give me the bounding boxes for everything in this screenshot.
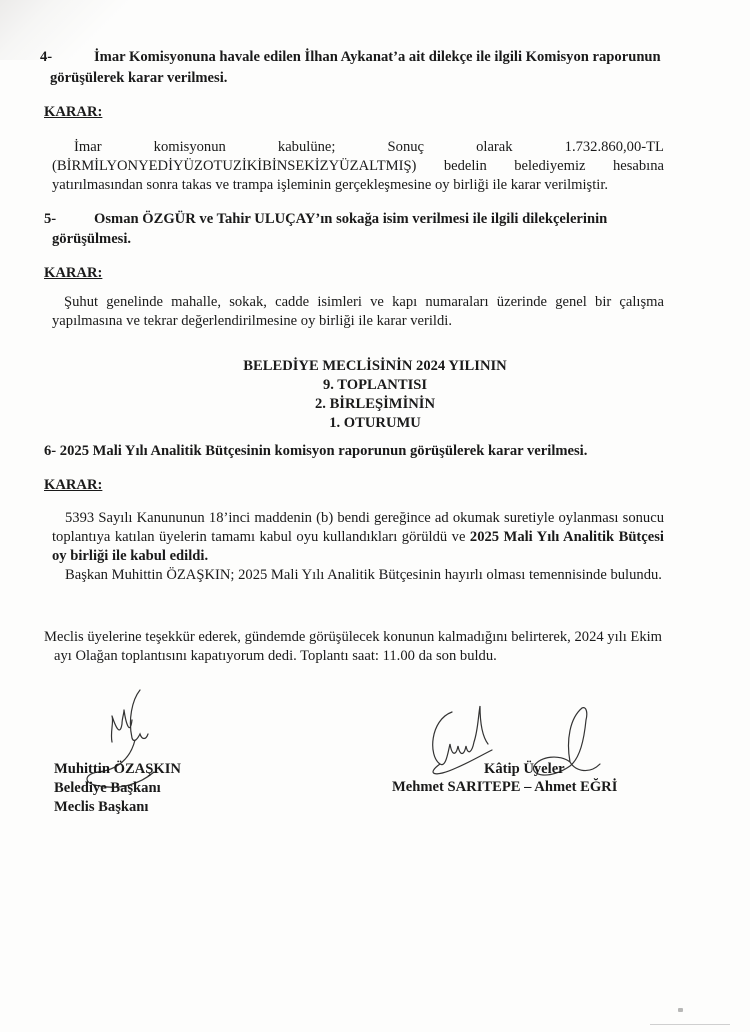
item-4-title-cont: görüşülerek karar verilmesi. (50, 69, 227, 88)
mayor-title: Belediye Başkanı (54, 779, 181, 798)
item-4-title: 4-İmar Komisyonuna havale edilen İlhan A… (40, 48, 720, 67)
session-header: BELEDİYE MECLİSİNİN 2024 YILININ 9. TOPL… (150, 357, 600, 433)
mayor-block: Muhittin ÖZAŞKIN Belediye Başkanı Meclis… (54, 760, 181, 817)
scan-edge-line (650, 1024, 730, 1025)
item-4-decision-line2: (BİRMİLYONYEDİYÜZOTUZİKİBİNSEKİZYÜZALTMI… (52, 157, 664, 176)
clerk-title: Kâtip Üyeler (484, 760, 565, 779)
item-4-karar-label: KARAR: (44, 103, 102, 122)
item-6-decision-cont: Başkan Muhittin ÖZAŞKIN; 2025 Mali Yılı … (52, 566, 664, 585)
item-5-karar-label: KARAR: (44, 264, 102, 283)
item-6-decision: 5393 Sayılı Kanununun 18’inci maddenin (… (52, 509, 664, 566)
item-5-title-cont: görüşülmesi. (52, 230, 131, 249)
council-chair-title: Meclis Başkanı (54, 798, 181, 817)
item-5-number: 5- (44, 210, 94, 229)
item-4-number: 4- (40, 48, 94, 67)
item-5-decision: Şuhut genelinde mahalle, sokak, cadde is… (52, 293, 664, 331)
clerk-names: Mehmet SARITEPE – Ahmet EĞRİ (392, 778, 617, 797)
item-5-title: 5-Osman ÖZGÜR ve Tahir ULUÇAY’ın sokağa … (44, 210, 724, 229)
document-page: 4-İmar Komisyonuna havale edilen İlhan A… (0, 0, 750, 1032)
closing-line2: ayı Olağan toplantısını kapatıyorum dedi… (54, 647, 497, 666)
item-6-karar-label: KARAR: (44, 476, 102, 495)
scan-speck (678, 1008, 683, 1012)
item-6-title: 6- 2025 Mali Yılı Analitik Bütçesinin ko… (44, 442, 587, 461)
item-4-decision-line1: İmar komisyonun kabulüne; Sonuç olarak 1… (74, 138, 664, 157)
closing-line1: Meclis üyelerine teşekkür ederek, gündem… (44, 628, 662, 647)
item-4-decision-line3: yatırılmasından sonra takas ve trampa iş… (52, 176, 608, 195)
mayor-name: Muhittin ÖZAŞKIN (54, 760, 181, 779)
